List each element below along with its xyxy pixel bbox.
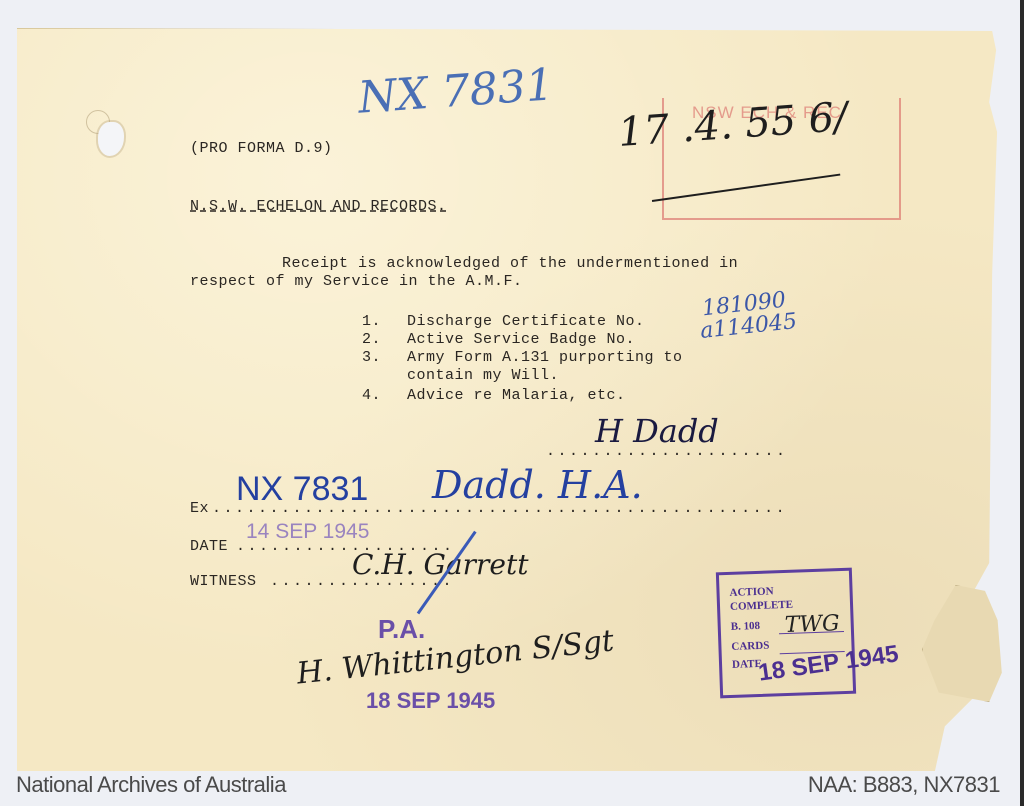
item-number: 4. bbox=[362, 387, 381, 404]
pa-stamp: P.A. bbox=[378, 614, 425, 645]
ex-service-number: NX 7831 bbox=[236, 470, 368, 509]
office-heading: N.S.W. ECHELON AND RECORDS. bbox=[190, 198, 447, 215]
signature-dots: ..................... bbox=[546, 443, 788, 460]
form-code: (PRO FORMA D.9) bbox=[190, 140, 333, 157]
action-stamp-initials: TWG bbox=[784, 611, 840, 638]
ex-name: Dadd. H.A. bbox=[432, 463, 643, 507]
action-stamp-line: ACTION bbox=[729, 585, 773, 599]
pa-date-stamp: 18 SEP 1945 bbox=[366, 688, 495, 714]
body-line-1: Receipt is acknowledged of the underment… bbox=[282, 255, 738, 272]
action-stamp-line: CARDS bbox=[731, 640, 769, 653]
item-number: 1. bbox=[362, 313, 381, 330]
action-stamp-line: B. 108 bbox=[731, 620, 761, 633]
item-number: 3. bbox=[362, 349, 381, 366]
item-text: Army Form A.131 purporting to bbox=[407, 349, 683, 366]
ex-label: Ex bbox=[190, 500, 209, 517]
archive-name: National Archives of Australia bbox=[16, 772, 286, 798]
item-text: Active Service Badge No. bbox=[407, 331, 635, 348]
witness-label: WITNESS bbox=[190, 573, 257, 590]
item-text: Discharge Certificate No. bbox=[407, 313, 645, 330]
item-text: Advice re Malaria, etc. bbox=[407, 387, 626, 404]
action-stamp-line: COMPLETE bbox=[730, 599, 793, 613]
item-text: contain my Will. bbox=[407, 367, 559, 384]
body-line-2: respect of my Service in the A.M.F. bbox=[190, 273, 523, 290]
date-label: DATE bbox=[190, 538, 228, 555]
witness-signature: C.H. Garrett bbox=[352, 548, 528, 581]
archive-reference: NAA: B883, NX7831 bbox=[808, 772, 1000, 798]
scan-edge bbox=[1020, 0, 1024, 806]
item-number: 2. bbox=[362, 331, 381, 348]
